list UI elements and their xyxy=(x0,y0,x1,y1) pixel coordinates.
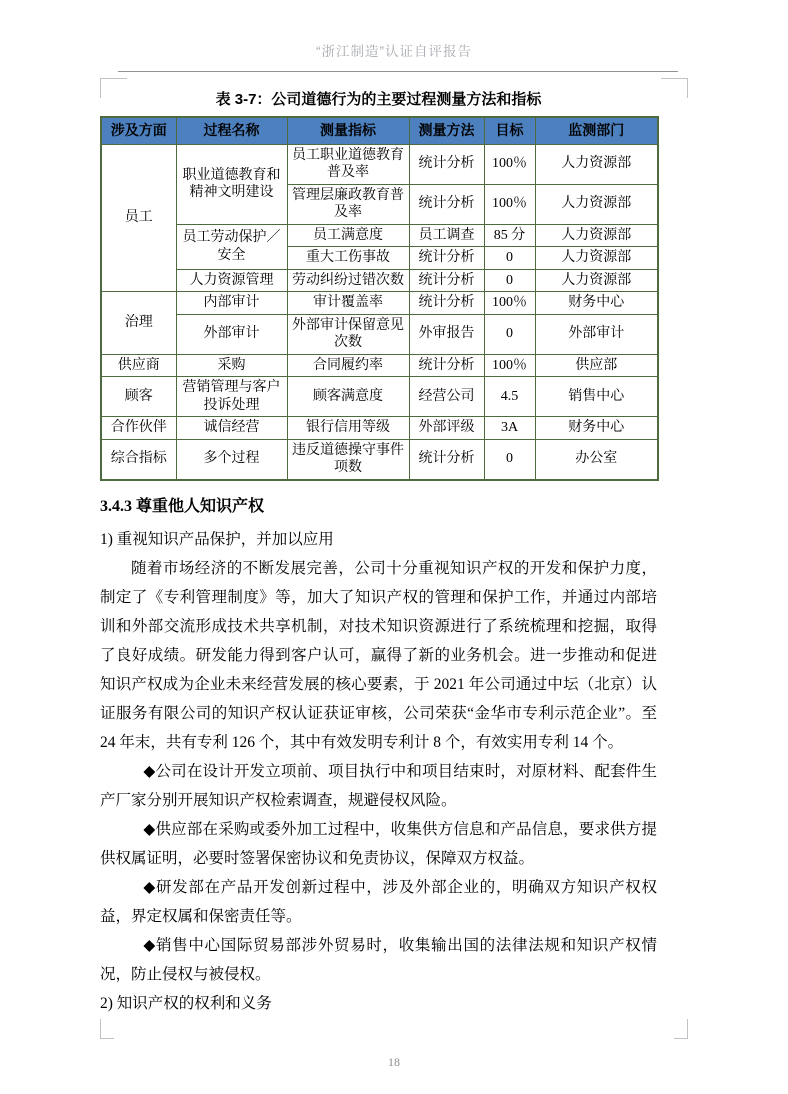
table-cell: 统计分析 xyxy=(409,184,484,224)
table-cell: 供应商 xyxy=(101,354,176,377)
table-cell: 诚信经营 xyxy=(176,417,287,440)
table-cell: 100％ xyxy=(484,184,535,224)
table-cell: 综合指标 xyxy=(101,439,176,480)
bullet-item: ◆供应部在采购或委外加工过程中，收集供方信息和产品信息，要求供方提供权属证明，必… xyxy=(100,815,657,873)
document-page: “浙江制造”认证自评报告 表 3-7：公司道德行为的主要过程测量方法和指标 涉及… xyxy=(0,0,788,1094)
table-cell: 统计分析 xyxy=(409,144,484,184)
table-cell: 合同履约率 xyxy=(287,354,409,377)
table-title: 表 3-7：公司道德行为的主要过程测量方法和指标 xyxy=(100,88,657,109)
table-cell: 营销管理与客户投诉处理 xyxy=(176,377,287,417)
section-heading: 3.4.3 尊重他人知识产权 xyxy=(100,494,657,520)
table-cell: 采购 xyxy=(176,354,287,377)
paragraph-ip-overview: 随着市场经济的不断发展完善，公司十分重视知识产权的开发和保护力度，制定了《专利管… xyxy=(100,554,657,757)
table-cell: 财务中心 xyxy=(535,292,658,315)
table-cell: 违反道德操守事件项数 xyxy=(287,439,409,480)
table-cell: 劳动纠纷过错次数 xyxy=(287,269,409,292)
bullet-item: ◆研发部在产品开发创新过程中，涉及外部企业的，明确双方知识产权权益，界定权属和保… xyxy=(100,873,657,931)
table-cell: 审计覆盖率 xyxy=(287,292,409,315)
table-row: 合作伙伴 诚信经营 银行信用等级 外部评级 3A 财务中心 xyxy=(101,417,658,440)
table-cell: 内部审计 xyxy=(176,292,287,315)
table-cell: 100％ xyxy=(484,292,535,315)
table-row: 员工劳动保护／安全 员工满意度 员工调查 85 分 人力资源部 xyxy=(101,224,658,247)
table-cell: 100％ xyxy=(484,144,535,184)
bullet-item: ◆销售中心国际贸易部涉外贸易时，收集输出国的法律法规和知识产权情况，防止侵权与被… xyxy=(100,931,657,989)
table-row: 员工 职业道德教育和精神文明建设 员工职业道德教育普及率 统计分析 100％ 人… xyxy=(101,144,658,184)
table-cell: 统计分析 xyxy=(409,292,484,315)
crop-mark-bottom-left xyxy=(100,1019,114,1039)
table-cell: 0 xyxy=(484,439,535,480)
table-cell: 外审报告 xyxy=(409,314,484,354)
table-header-cell: 监测部门 xyxy=(535,117,658,144)
table-header-cell: 目标 xyxy=(484,117,535,144)
table-cell: 人力资源部 xyxy=(535,144,658,184)
table-cell: 职业道德教育和精神文明建设 xyxy=(176,144,287,224)
table-cell: 经营公司 xyxy=(409,377,484,417)
page-number: 18 xyxy=(0,1055,788,1070)
table-cell: 银行信用等级 xyxy=(287,417,409,440)
table-row: 外部审计 外部审计保留意见次数 外审报告 0 外部审计 xyxy=(101,314,658,354)
table-header-cell: 过程名称 xyxy=(176,117,287,144)
table-cell: 办公室 xyxy=(535,439,658,480)
bullet-item: ◆公司在设计开发立项前、项目执行中和项目结束时，对原材料、配套件生产厂家分别开展… xyxy=(100,757,657,815)
crop-mark-bottom-right xyxy=(674,1019,688,1039)
table-header-cell: 测量方法 xyxy=(409,117,484,144)
header-rule xyxy=(118,71,678,72)
table-cell: 人力资源部 xyxy=(535,184,658,224)
table-header-row: 涉及方面 过程名称 测量指标 测量方法 目标 监测部门 xyxy=(101,117,658,144)
table-cell: 0 xyxy=(484,269,535,292)
table-cell: 4.5 xyxy=(484,377,535,417)
table-cell: 治理 xyxy=(101,292,176,355)
table-cell: 员工劳动保护／安全 xyxy=(176,224,287,269)
table-row: 综合指标 多个过程 违反道德操守事件项数 统计分析 0 办公室 xyxy=(101,439,658,480)
table-cell: 人力资源管理 xyxy=(176,269,287,292)
table-cell: 统计分析 xyxy=(409,269,484,292)
table-row: 供应商 采购 合同履约率 统计分析 100％ 供应部 xyxy=(101,354,658,377)
table-cell: 顾客 xyxy=(101,377,176,417)
table-cell: 统计分析 xyxy=(409,439,484,480)
table-cell: 人力资源部 xyxy=(535,224,658,247)
table-cell: 合作伙伴 xyxy=(101,417,176,440)
table-cell: 员工职业道德教育普及率 xyxy=(287,144,409,184)
table-cell: 0 xyxy=(484,247,535,270)
table-cell: 员工满意度 xyxy=(287,224,409,247)
table-cell: 销售中心 xyxy=(535,377,658,417)
table-cell: 外部审计 xyxy=(535,314,658,354)
table-cell: 外部审计 xyxy=(176,314,287,354)
table-cell: 人力资源部 xyxy=(535,269,658,292)
ethics-measurement-table: 涉及方面 过程名称 测量指标 测量方法 目标 监测部门 员工 职业道德教育和精神… xyxy=(100,116,659,481)
table-cell: 多个过程 xyxy=(176,439,287,480)
table-cell: 管理层廉政教育普及率 xyxy=(287,184,409,224)
table-cell: 员工调查 xyxy=(409,224,484,247)
page-content: 表 3-7：公司道德行为的主要过程测量方法和指标 涉及方面 过程名称 测量指标 … xyxy=(100,88,657,1018)
table-row: 顾客 营销管理与客户投诉处理 顾客满意度 经营公司 4.5 销售中心 xyxy=(101,377,658,417)
crop-mark-top-right xyxy=(661,78,688,98)
table-cell: 重大工伤事故 xyxy=(287,247,409,270)
numbered-item-2: 2) 知识产权的权利和义务 xyxy=(100,989,657,1018)
table-cell: 统计分析 xyxy=(409,354,484,377)
table-row: 治理 内部审计 审计覆盖率 统计分析 100％ 财务中心 xyxy=(101,292,658,315)
table-cell: 3A xyxy=(484,417,535,440)
table-cell: 员工 xyxy=(101,144,176,292)
table-header-cell: 涉及方面 xyxy=(101,117,176,144)
page-header: “浙江制造”认证自评报告 xyxy=(0,40,788,60)
numbered-item-1: 1) 重视知识产品保护，并加以应用 xyxy=(100,525,657,554)
table-cell: 85 分 xyxy=(484,224,535,247)
table-header-cell: 测量指标 xyxy=(287,117,409,144)
table-cell: 顾客满意度 xyxy=(287,377,409,417)
table-cell: 外部评级 xyxy=(409,417,484,440)
table-cell: 财务中心 xyxy=(535,417,658,440)
table-cell: 人力资源部 xyxy=(535,247,658,270)
table-cell: 统计分析 xyxy=(409,247,484,270)
table-cell: 供应部 xyxy=(535,354,658,377)
table-cell: 0 xyxy=(484,314,535,354)
table-cell: 外部审计保留意见次数 xyxy=(287,314,409,354)
table-cell: 100％ xyxy=(484,354,535,377)
table-row: 人力资源管理 劳动纠纷过错次数 统计分析 0 人力资源部 xyxy=(101,269,658,292)
